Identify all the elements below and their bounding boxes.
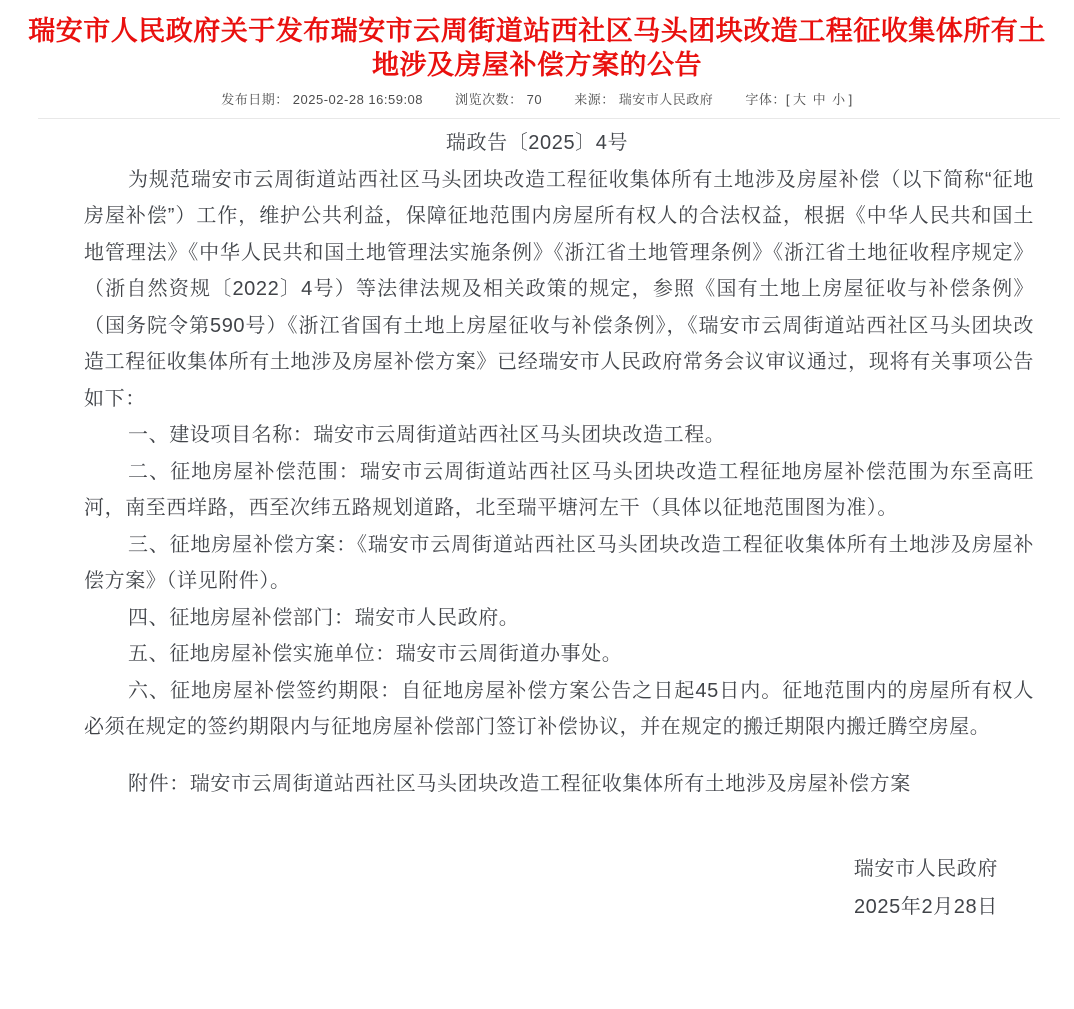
- document-body: 瑞政告〔2025〕4号 为规范瑞安市云周街道站西社区马头团块改造工程征收集体所有…: [0, 119, 1074, 926]
- paragraph-item-4-department: 四、征地房屋补偿部门：瑞安市人民政府。: [84, 600, 1034, 637]
- paragraph-item-6-signing-deadline: 六、征地房屋补偿签约期限：自征地房屋补偿方案公告之日起45日内。征地范围内的房屋…: [84, 673, 1034, 746]
- font-size-small-link[interactable]: 小: [832, 92, 846, 107]
- publish-date: 发布日期：2025-02-28 16:59:08: [221, 92, 423, 107]
- signature-issuer: 瑞安市人民政府: [854, 850, 998, 888]
- publish-date-label: 发布日期：: [221, 92, 289, 107]
- meta-bar: 发布日期：2025-02-28 16:59:08 浏览次数：70 来源：瑞安市人…: [0, 89, 1074, 108]
- font-size-label: 字体：: [745, 92, 786, 107]
- view-count-value: 70: [527, 92, 542, 107]
- paragraph-item-3-plan: 三、征地房屋补偿方案：《瑞安市云周街道站西社区马头团块改造工程征收集体所有土地涉…: [84, 527, 1034, 600]
- font-bracket-close: ]: [849, 92, 853, 107]
- view-count: 浏览次数：70: [455, 92, 542, 107]
- font-size-large-link[interactable]: 大: [793, 92, 807, 107]
- signature-block: 瑞安市人民政府 2025年2月28日: [854, 850, 998, 926]
- source: 来源：瑞安市人民政府: [574, 92, 713, 107]
- announcement-page: 瑞安市人民政府关于发布瑞安市云周街道站西社区马头团块改造工程征收集体所有土地涉及…: [0, 0, 1074, 1009]
- paragraph-intro: 为规范瑞安市云周街道站西社区马头团块改造工程征收集体所有土地涉及房屋补偿（以下简…: [84, 162, 1034, 418]
- doc-number: 瑞政告〔2025〕4号: [40, 125, 1034, 162]
- view-count-label: 浏览次数：: [455, 92, 523, 107]
- attachment-line: 附件：瑞安市云周街道站西社区马头团块改造工程征收集体所有土地涉及房屋补偿方案: [84, 766, 1034, 803]
- font-bracket-open: [: [786, 92, 790, 107]
- page-title: 瑞安市人民政府关于发布瑞安市云周街道站西社区马头团块改造工程征收集体所有土地涉及…: [0, 0, 1074, 82]
- publish-date-value: 2025-02-28 16:59:08: [293, 92, 423, 107]
- paragraph-item-1-project-name: 一、建设项目名称：瑞安市云周街道站西社区马头团块改造工程。: [84, 417, 1034, 454]
- paragraph-item-2-scope: 二、征地房屋补偿范围：瑞安市云周街道站西社区马头团块改造工程征地房屋补偿范围为东…: [84, 454, 1034, 527]
- signature-date: 2025年2月28日: [854, 888, 998, 926]
- source-value: 瑞安市人民政府: [619, 92, 714, 107]
- font-size-switch: 字体：[大中小]: [745, 92, 852, 107]
- paragraph-item-5-implementing-unit: 五、征地房屋补偿实施单位：瑞安市云周街道办事处。: [84, 636, 1034, 673]
- source-label: 来源：: [574, 92, 615, 107]
- font-size-medium-link[interactable]: 中: [813, 92, 827, 107]
